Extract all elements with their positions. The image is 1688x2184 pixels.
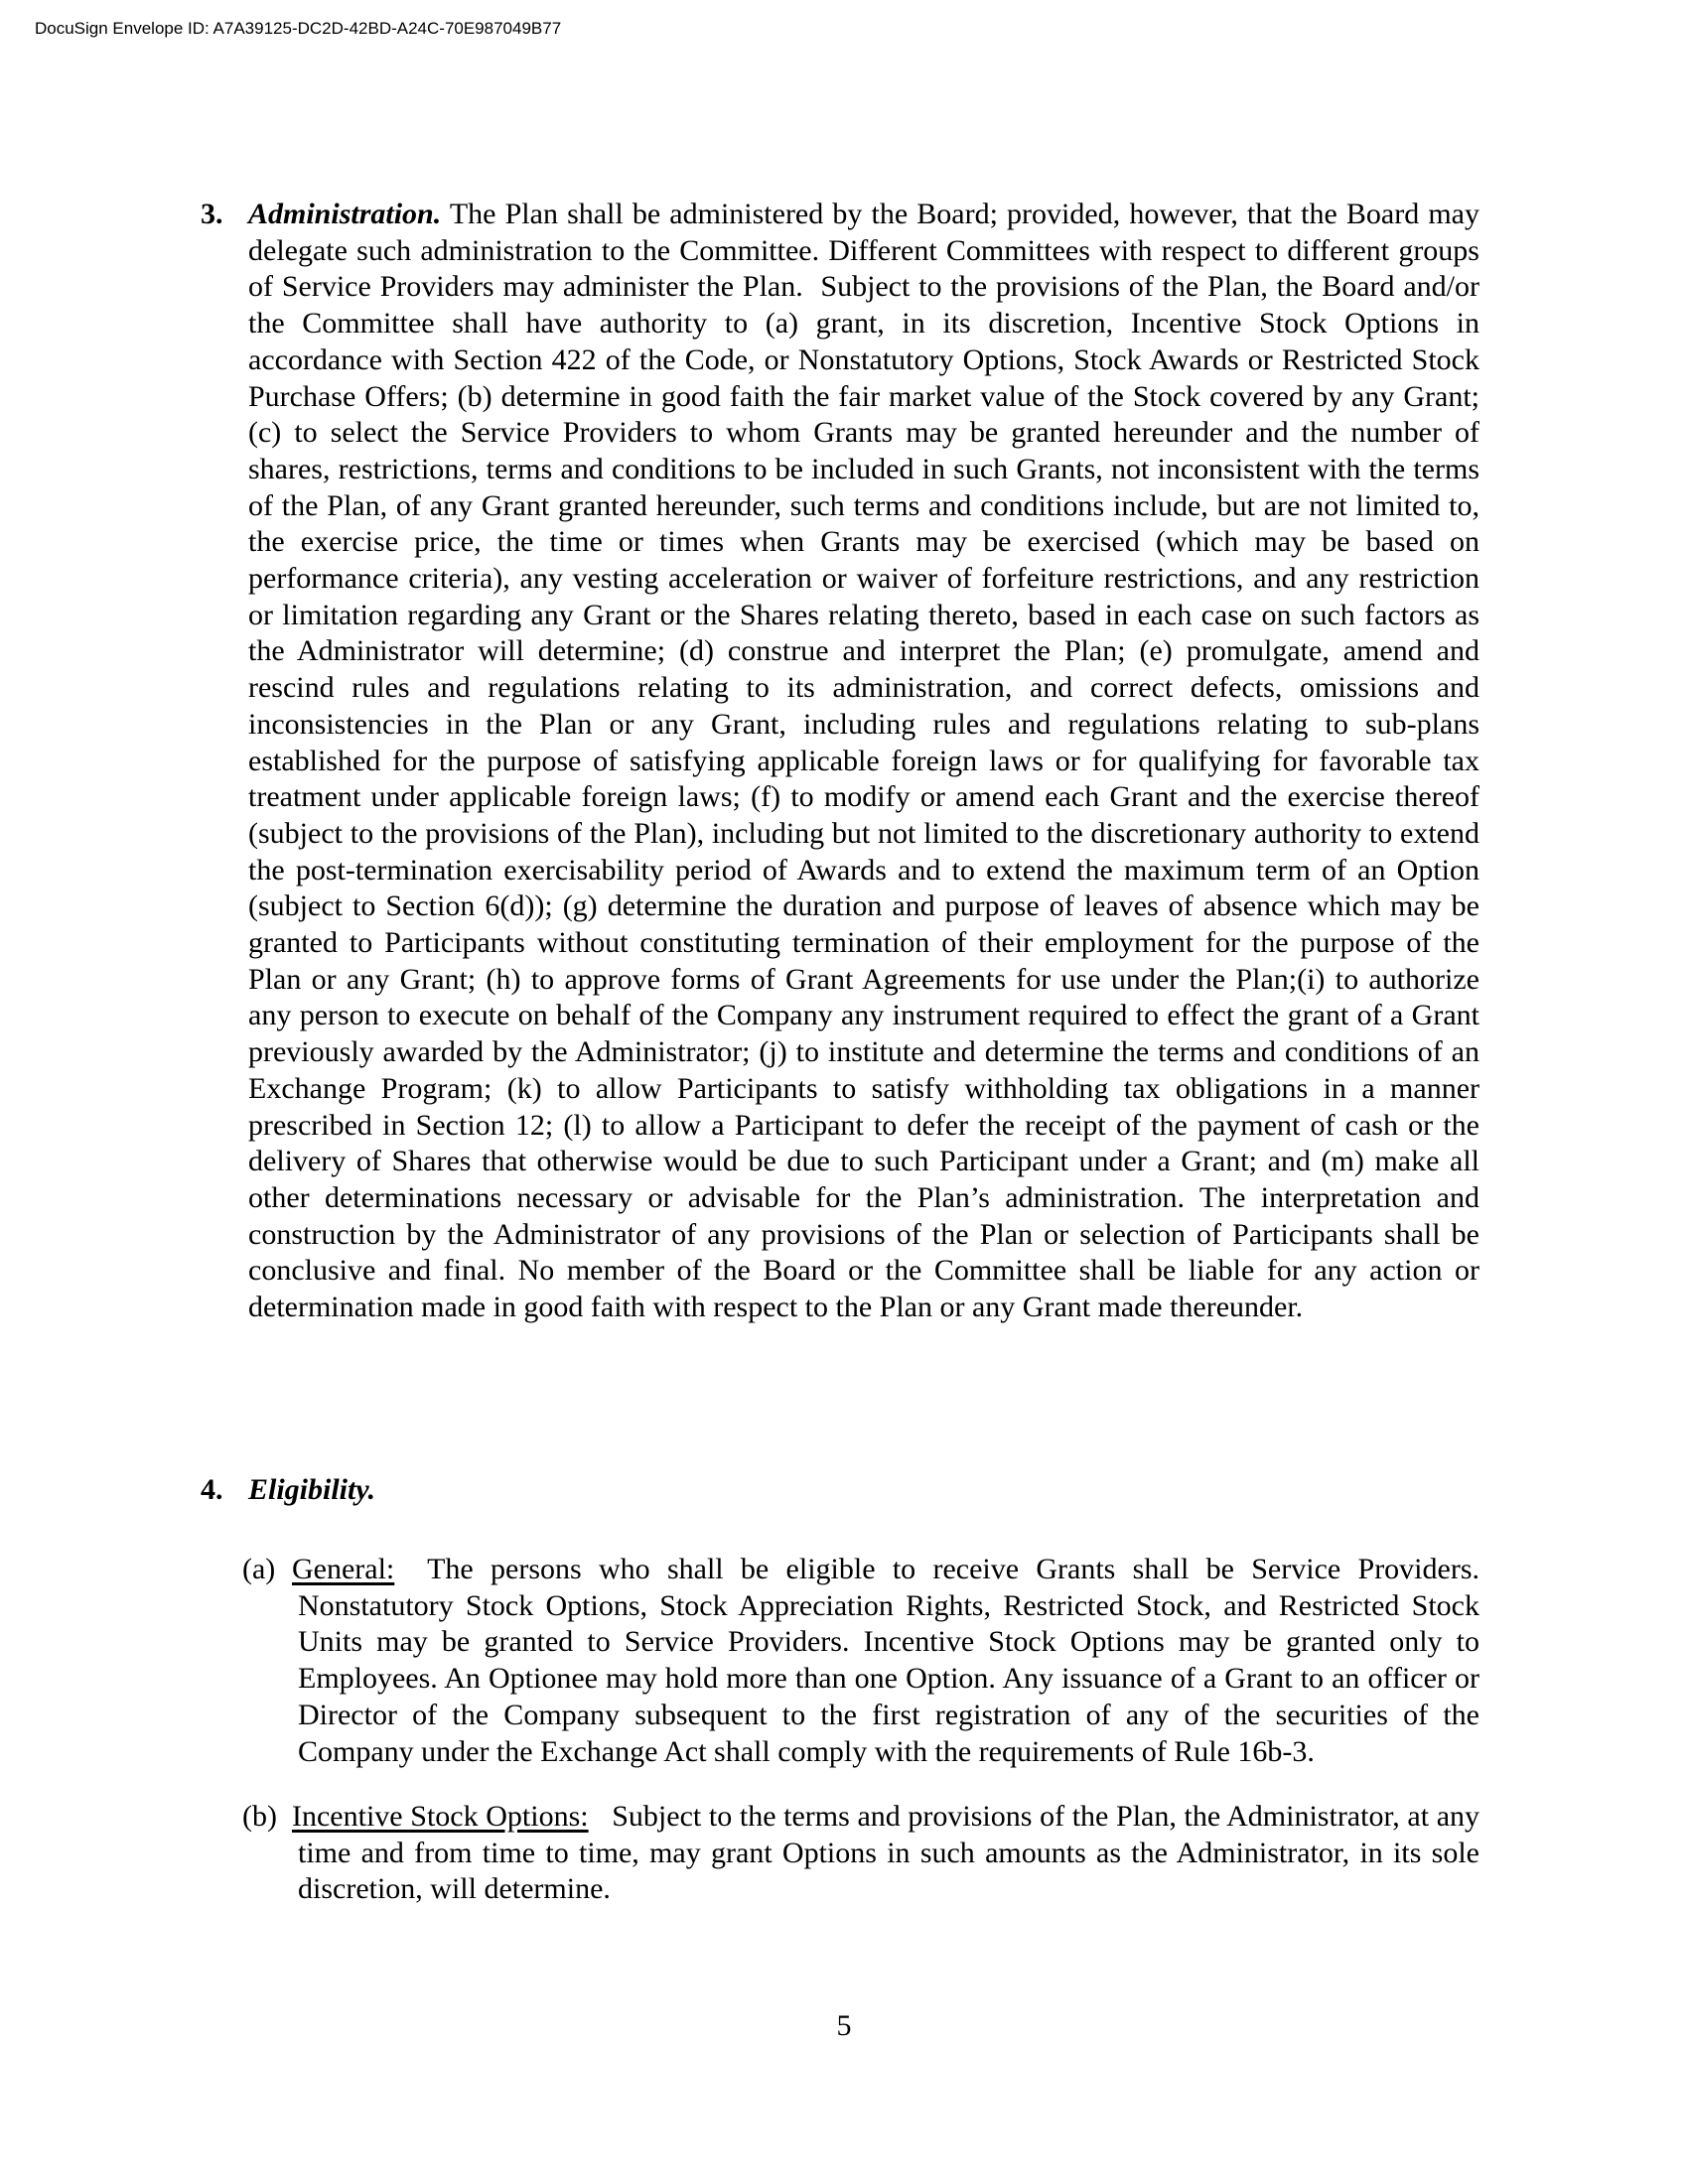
subsection-a-marker: (a)	[248, 1552, 275, 1588]
section-4-title: Eligibility.	[248, 1473, 375, 1506]
section-4-eligibility: 4. Eligibility.	[201, 1472, 1479, 1509]
document-page: DocuSign Envelope ID: A7A39125-DC2D-42BD…	[0, 0, 1688, 2184]
subsection-a-label: General:	[292, 1553, 394, 1585]
section-3-body: The Plan shall be administered by the Bo…	[248, 198, 1479, 1323]
subsection-b-marker: (b)	[248, 1799, 277, 1836]
docusign-envelope-id: DocuSign Envelope ID: A7A39125-DC2D-42BD…	[35, 18, 561, 39]
section-3-number: 3.	[201, 197, 223, 233]
subsection-a-general: (a) General: The persons who shall be el…	[248, 1552, 1479, 1770]
section-3-administration: 3. Administration. The Plan shall be adm…	[201, 197, 1479, 1326]
section-4-number: 4.	[201, 1472, 223, 1509]
section-3-title: Administration.	[248, 198, 441, 230]
subsection-b-label: Incentive Stock Options:	[292, 1800, 589, 1833]
subsection-a-body: The persons who shall be eligible to rec…	[298, 1553, 1479, 1768]
subsection-b-incentive-stock-options: (b) Incentive Stock Options: Subject to …	[248, 1799, 1479, 1908]
page-number: 5	[0, 2008, 1688, 2045]
